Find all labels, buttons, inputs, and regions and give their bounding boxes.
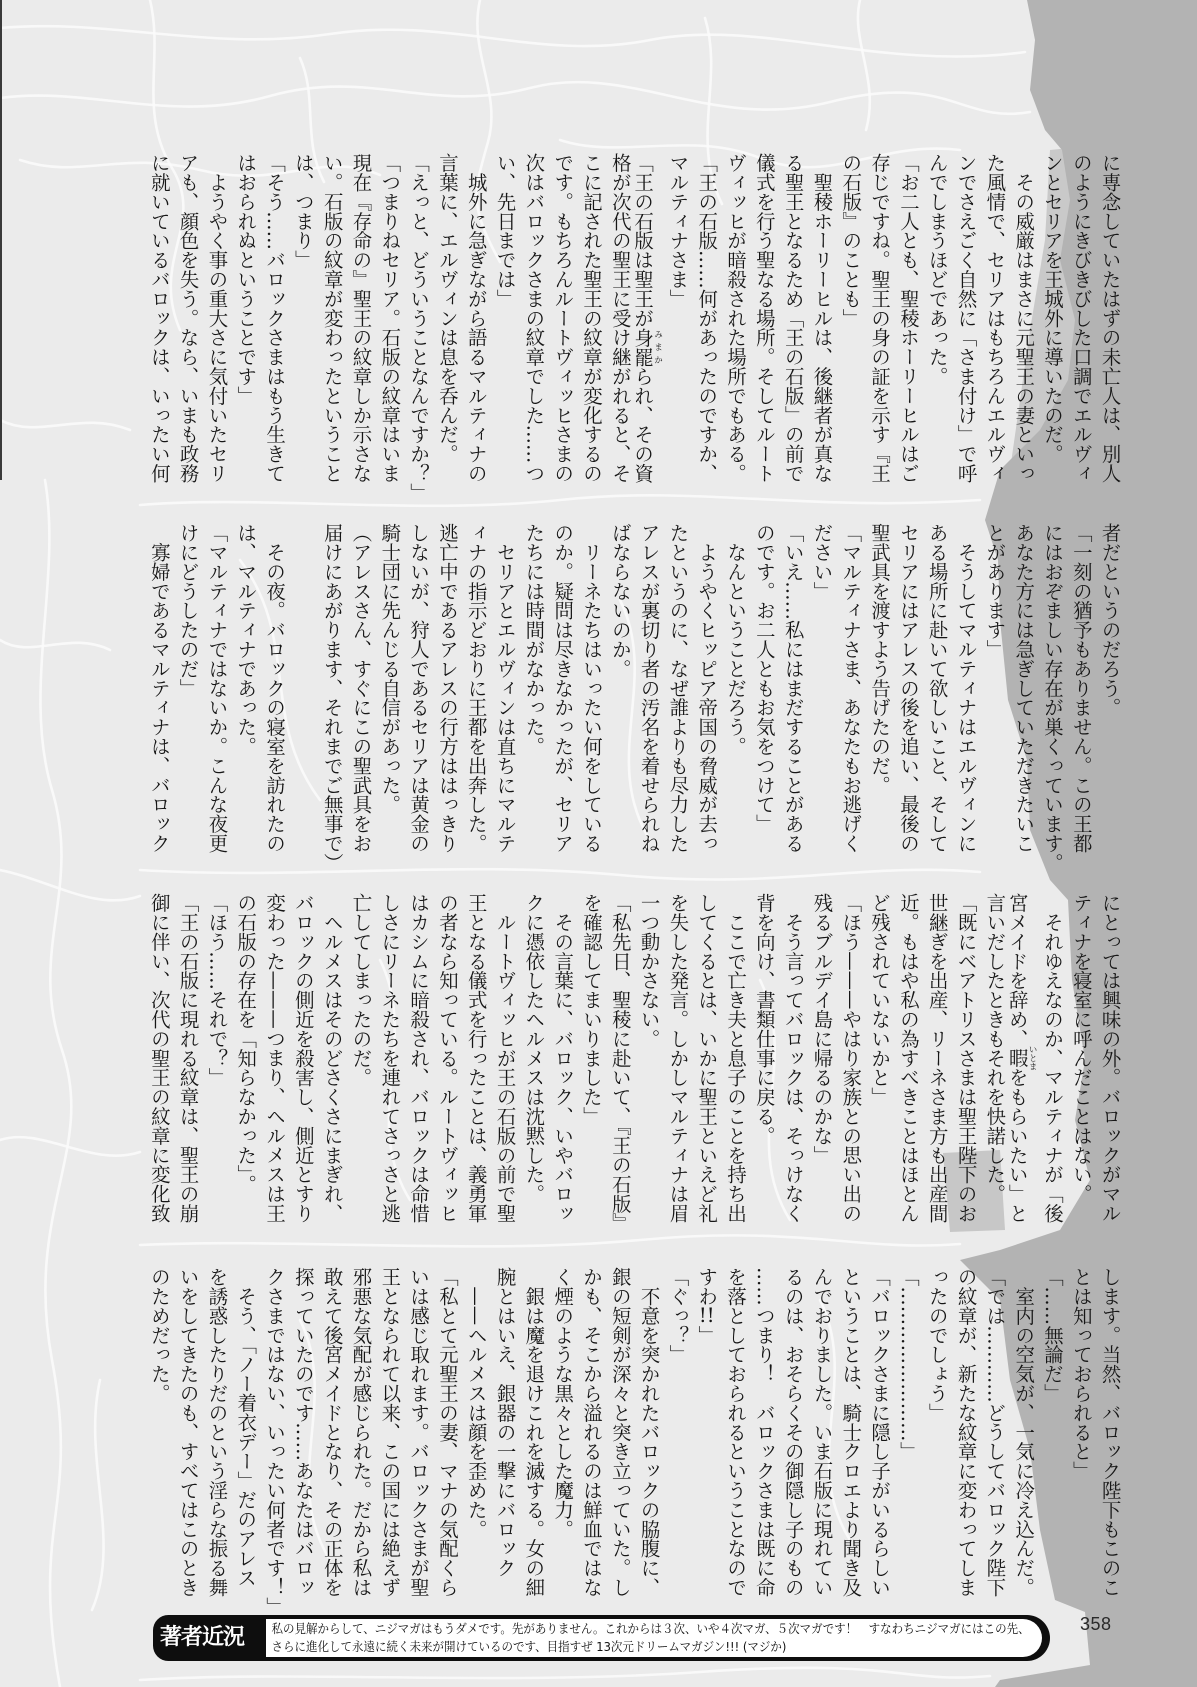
- text-segment: 」: [695, 1325, 718, 1344]
- book-page: に専念していたはずの未亡人は、別人 のようにきびきびした口調でエルヴィ ンとセリ…: [0, 0, 1197, 1687]
- text-column: 不意を突かれたバロックの脇腹に、: [634, 1267, 663, 1600]
- text-column: ——ヘルメスは顔を歪めた。: [461, 1267, 490, 1600]
- text-column: を確認してまいりました」: [576, 893, 605, 1226]
- text-column: はカシムに暗殺され、バロックは命惜: [403, 893, 432, 1226]
- text-segment: すわ: [695, 1267, 718, 1306]
- text-column: ある場所に赴いて欲しいこと、そして: [922, 523, 951, 856]
- text-column: ンでさえごく自然に「さま付け」で呼: [951, 153, 980, 486]
- text-column: 敢えて後宮メイドとなり、その正体を: [317, 1267, 346, 1600]
- text-column: のようにきびきびした口調でエルヴィ: [1066, 153, 1095, 486]
- upright-exclamation: !!: [695, 1306, 718, 1325]
- text-column: 一つ動かさない。: [634, 893, 663, 1226]
- text-column: んでしまうほどであった。: [922, 153, 951, 486]
- text-segment: をもらいたい」と: [1006, 1068, 1029, 1223]
- text-column: 騎士団に先んじる自信があった。: [374, 523, 403, 856]
- text-column: バロックの側近を殺害し、側近とすり: [288, 893, 317, 1226]
- text-column: 残るブルデイ島に帰るのかな」: [807, 893, 836, 1226]
- text-column: 「つまりねセリア。石版の紋章はいま: [374, 153, 403, 486]
- text-column: その夜。バロックの寝室を訪れたの: [259, 523, 288, 856]
- text-column: いは感じ取れます。バロックさまが聖: [403, 1267, 432, 1600]
- text-column: 「マルティナさま、あなたもお逃げく: [835, 523, 864, 856]
- text-column: 「そう……バロックさまはもう生きて: [259, 153, 288, 486]
- text-column: 探っていたのです……あなたはバロッ: [288, 1267, 317, 1600]
- text-column: 「王の石版は聖王が身罷みまかられ、その資: [634, 153, 663, 486]
- text-column: 「マルティナではないか。こんな夜更: [202, 523, 231, 856]
- page-number: 358: [1080, 1613, 1112, 1635]
- text-column: た風情で、セリアはもちろんエルヴィ: [980, 153, 1009, 486]
- text-column: ということは、騎士クロエより聞き及: [835, 1267, 864, 1600]
- text-tier-3: にとっては興味の外。バロックがマル ティナを寝室に呼んだことはない。 それゆえな…: [144, 893, 1124, 1226]
- ruby-text: いとま: [1027, 1045, 1037, 1071]
- text-column: その威厳はまさに元聖王の妻といっ: [1008, 153, 1037, 486]
- author-note-line: さらに進化して永遠に続く未来が開けているのです、目指すぜ 13次元ドリームマガジ…: [266, 1638, 980, 1656]
- text-column: です。もちろんルートヴィッヒさまの: [547, 153, 576, 486]
- text-column: しさにリーネたちを連れてさっさと逃: [374, 893, 403, 1226]
- text-column: 「既にベアトリスさまは聖王陛下のお: [951, 893, 980, 1226]
- text-column: の紋章が、新たな紋章に変わってしま: [951, 1267, 980, 1600]
- text-column: ど残されていないかと」: [864, 893, 893, 1226]
- text-column: ようやく事の重大さに気付いたセリ: [202, 153, 231, 486]
- text-column: セリアとエルヴィンは直ちにマルテ: [490, 523, 519, 856]
- text-column: 王となる儀式を行ったことは、義勇軍: [461, 893, 490, 1226]
- text-column: してくるとは、いかに聖王といえど礼: [691, 893, 720, 1226]
- text-column: 「いえ……私にはまだすることがある: [778, 523, 807, 856]
- text-column: は、マルティナであった。: [230, 523, 259, 856]
- text-column: のためだった。: [144, 1267, 173, 1600]
- text-column: クに憑依したヘルメスは沈黙した。: [519, 893, 548, 1226]
- text-column: 変わった———つまり、ヘルメスは王: [259, 893, 288, 1226]
- text-column: 宮メイドを辞め、暇いとまをもらいたい」と: [1008, 893, 1037, 1226]
- author-note-box: 私の見解からして、ニジマガはもうダメです。先がありません。これからは３次、いや４…: [266, 1619, 1042, 1657]
- text-column: ……つまり！ バロックさまは既に命: [749, 1267, 778, 1600]
- text-column: ったのでしょう」: [922, 1267, 951, 1600]
- text-column: ィナの指示どおりに王都を出奔した。: [461, 523, 490, 856]
- text-column: るのは、おそらくその御隠し子のもの: [778, 1267, 807, 1600]
- text-column: ださい」: [807, 523, 836, 856]
- text-column: は、つまり」: [288, 153, 317, 486]
- text-column: 「私先日、聖稜に赴いて、『王の石版』: [605, 893, 634, 1226]
- text-column: 邪悪な気配が感じられた。だから私は: [346, 1267, 375, 1600]
- text-column: （アレスさん、すぐにこの聖武具をお: [346, 523, 375, 856]
- text-column: ばならないのか。: [605, 523, 634, 856]
- text-column: します。当然、バロック陛下もこのこ: [1095, 1267, 1124, 1600]
- text-column: 銀は魔を退けこれを滅する。女の細: [519, 1267, 548, 1600]
- text-column: 「王の石版……何があったのですか、: [691, 153, 720, 486]
- text-column: その言葉に、バロック、いやバロッ: [547, 893, 576, 1226]
- text-column: ようやくヒッピア帝国の脅威が去っ: [691, 523, 720, 856]
- text-column: にとっては興味の外。バロックがマル: [1095, 893, 1124, 1226]
- text-column: 言いだしたときもそれを快諾した。: [980, 893, 1009, 1226]
- text-column: 存じですね。聖王の身の証を示す『王: [864, 153, 893, 486]
- author-note-label: 著者近況: [160, 1624, 244, 1652]
- text-column: 「お二人とも、聖稜ホーリーヒルはご: [893, 153, 922, 486]
- text-column: クさまではない、いったい何者です！」: [259, 1267, 288, 1600]
- text-column: 「……無論だ」: [1037, 1267, 1066, 1600]
- text-column: 御に伴い、次代の聖王の紋章に変化致: [144, 893, 173, 1226]
- text-column: 背を向け、書類仕事に戻る。: [749, 893, 778, 1226]
- text-column: そうしてマルティナはエルヴィンに: [951, 523, 980, 856]
- text-column: そう、「ノー着衣デー」だのアレス: [230, 1267, 259, 1600]
- author-note-bar: 著者近況 私の見解からして、ニジマガはもうダメです。先がありません。これからは３…: [153, 1615, 1050, 1661]
- text-column: 室内の空気が、一気に冷え込んだ。: [1008, 1267, 1037, 1600]
- text-column: ルートヴィッヒが王の石版の前で聖: [490, 893, 519, 1226]
- text-column: 「……………………」: [893, 1267, 922, 1600]
- ruby-annotation: 暇いとま: [1006, 1048, 1029, 1067]
- text-column: リーネたちはいったい何をしている: [576, 523, 605, 856]
- text-tier-1: に専念していたはずの未亡人は、別人 のようにきびきびした口調でエルヴィ ンとセリ…: [144, 153, 1124, 486]
- text-column: 聖稜ホーリーヒルは、後継者が真な: [807, 153, 836, 486]
- text-column: 王となられて以来、この国には絶えず: [374, 1267, 403, 1600]
- text-column: とがあります」: [980, 523, 1009, 856]
- text-column: 銀の短剣が深々と突き立っていた。し: [605, 1267, 634, 1600]
- text-column: を失した発言。しかしマルティナは眉: [663, 893, 692, 1226]
- text-column: セリアにはアレスの後を追い、最後の: [893, 523, 922, 856]
- text-column: 世継ぎを出産、リーネさま方も出産間: [922, 893, 951, 1226]
- text-column: ヴィッヒが暗殺された場所でもある。: [720, 153, 749, 486]
- text-column: それゆえなのか、マルティナが「後: [1037, 893, 1066, 1226]
- text-column: マルティナさま」: [663, 153, 692, 486]
- text-column: 「ほう……それで？」: [202, 893, 231, 1226]
- text-column: を誘惑したりだのという淫らな振る舞: [202, 1267, 231, 1600]
- text-column: 者だというのだろう。: [1095, 523, 1124, 856]
- text-column: けにどうしたのだ」: [173, 523, 202, 856]
- text-column: い、先日までは」: [490, 153, 519, 486]
- text-column: 亡してしまったのだ。: [346, 893, 375, 1226]
- text-column: なんということだろう。: [720, 523, 749, 856]
- text-column: あなた方には急ぎしていただきたいこ: [1008, 523, 1037, 856]
- text-segment: 宮メイドを辞め、: [1006, 893, 1029, 1048]
- text-column: 聖武具を渡すよう告げたのだ。: [864, 523, 893, 856]
- text-column: にはおぞましい存在が巣くっています。: [1037, 523, 1066, 856]
- text-column: ここで亡き夫と息子のことを持ち出: [720, 893, 749, 1226]
- text-column: 「ぐっ？」: [663, 1267, 692, 1600]
- text-column: 儀式を行う聖なる場所。そしてルート: [749, 153, 778, 486]
- text-column: く煙のような黒々とした魔力。: [547, 1267, 576, 1600]
- text-segment: 「王の石版は聖王が: [631, 153, 654, 328]
- text-column: とは知っておられると」: [1066, 1267, 1095, 1600]
- text-column: い。石版の紋章が変わったということ: [317, 153, 346, 486]
- text-column: 「一刻の猶予もありません。この王都: [1066, 523, 1095, 856]
- text-column: 現在『存命の』聖王の紋章しか示さな: [346, 153, 375, 486]
- ruby-annotation: 身罷みまか: [631, 328, 654, 367]
- text-column: 「王の石版に現れる紋章は、聖王の崩: [173, 893, 202, 1226]
- text-column: いをしてきたのも、すべてはこのとき: [173, 1267, 202, 1600]
- text-column: たちには時間がなかった。: [519, 523, 548, 856]
- text-tier-2: 者だというのだろう。 「一刻の猶予もありません。この王都 にはおぞましい存在が巣…: [144, 523, 1124, 856]
- text-column: こに記された聖王の紋章が変化するの: [576, 153, 605, 486]
- text-column: 「では…………どうしてバロック陛下: [980, 1267, 1009, 1600]
- text-column: 言葉に、エルヴィンは息を呑んだ。: [432, 153, 461, 486]
- page-edge-line: [0, 0, 2, 480]
- text-column: んでおりました。いま石版に現れてい: [807, 1267, 836, 1600]
- text-column: そう言ってバロックは、そっけなく: [778, 893, 807, 1226]
- text-column: 「バロックさまに隠し子がいるらしい: [864, 1267, 893, 1600]
- text-column: 「ほう———やはり家族との思い出の: [835, 893, 864, 1226]
- text-column: 寡婦であるマルティナは、バロック: [144, 523, 173, 856]
- text-column: 「えっと、どういうことなんですか？」: [403, 153, 432, 486]
- text-column: はおられぬということです」: [230, 153, 259, 486]
- text-column: のか。疑問は尽きなかったが、セリア: [547, 523, 576, 856]
- text-column: を落としておられるということなので: [720, 1267, 749, 1600]
- text-column: アも、顔色を失う。なら、いまも政務: [173, 153, 202, 486]
- text-segment: られ、その資: [631, 366, 654, 482]
- text-column: ヘルメスはそのどさくさにまぎれ、: [317, 893, 346, 1226]
- text-column: 格が次代の聖王に受け継がれると、そ: [605, 153, 634, 486]
- text-column: ンとセリアを王城外に導いたのだ。: [1037, 153, 1066, 486]
- text-column: たというのに、なぜ誰よりも尽力した: [663, 523, 692, 856]
- text-column: に就いているバロックは、いったい何: [144, 153, 173, 486]
- text-column: の石版の存在を「知らなかった」。: [230, 893, 259, 1226]
- text-column: 腕とはいえ、銀器の一撃にバロック: [490, 1267, 519, 1600]
- text-tier-4: します。当然、バロック陛下もこのこ とは知っておられると」 「……無論だ」 室内…: [144, 1267, 1124, 1600]
- text-column: ティナを寝室に呼んだことはない。: [1066, 893, 1095, 1226]
- text-column: の石版』のことも」: [835, 153, 864, 486]
- author-note-line: 私の見解からして、ニジマガはもうダメです。先がありません。これからは３次、いや４…: [266, 1620, 980, 1638]
- text-column: 近。もはや私の為すべきことはほとん: [893, 893, 922, 1226]
- text-column: 次はバロックさまの紋章でした……つ: [519, 153, 548, 486]
- blank-column-scene-break: [288, 523, 317, 856]
- text-column: 「私とて元聖王の妻、マナの気配くら: [432, 1267, 461, 1600]
- text-column: 城外に急ぎながら語るマルティナの: [461, 153, 490, 486]
- text-column: アレスが裏切り者の汚名を着せられね: [634, 523, 663, 856]
- text-column: しないが、狩人であるセリアは黄金の: [403, 523, 432, 856]
- text-column: かも、そこから溢れるのは鮮血ではな: [576, 1267, 605, 1600]
- ruby-text: みまか: [653, 328, 663, 367]
- text-column: 逃亡中であるアレスの行方ははっきり: [432, 523, 461, 856]
- text-column: すわ!!」: [691, 1267, 720, 1600]
- ruby-base: 身罷: [631, 328, 654, 367]
- text-column: のです。お二人ともお気をつけて」: [749, 523, 778, 856]
- text-column: る聖王となるため「王の石版」の前で: [778, 153, 807, 486]
- text-column: に専念していたはずの未亡人は、別人: [1095, 153, 1124, 486]
- text-column: の者なら知っている。ルートヴィッヒ: [432, 893, 461, 1226]
- text-column: 届けにあがります、それまでご無事で）: [317, 523, 346, 856]
